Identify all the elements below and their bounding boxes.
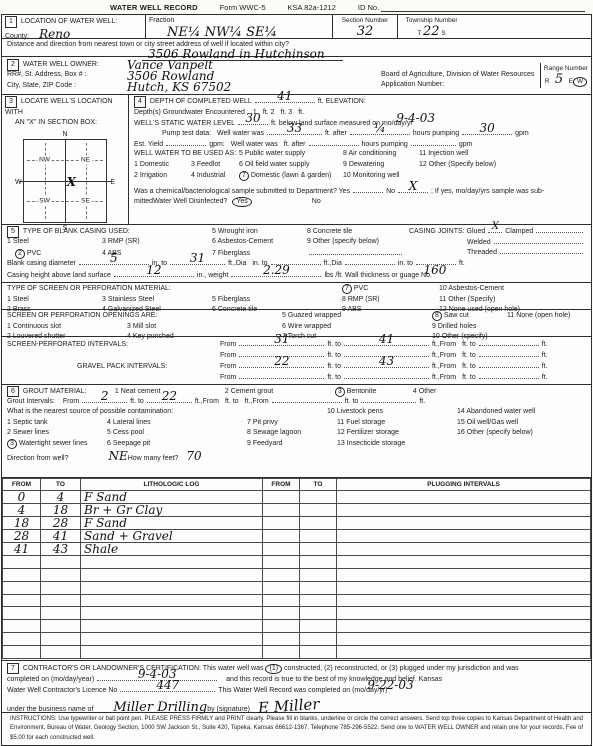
disinfected-line: mitted Water Well Disinfected? Yes No — [129, 197, 591, 208]
from-cell[interactable]: 28 — [3, 530, 41, 543]
joints-welded-field[interactable] — [494, 237, 583, 244]
screen-material-option[interactable]: 10 Asbestos-Cement — [439, 284, 586, 294]
compass-w-label: W — [15, 178, 22, 188]
opening-option[interactable]: 8 Saw cut — [432, 311, 507, 321]
grout-to-3-field[interactable] — [361, 396, 416, 403]
depth-label: DEPTH OF COMPLETED WELL — [150, 97, 252, 107]
business-label: under the business name of — [7, 705, 93, 715]
use-option[interactable]: 9 Dewatering — [343, 160, 419, 170]
ft-to-label: ft. to — [225, 397, 239, 407]
feet-field[interactable]: 70 — [186, 450, 201, 462]
disinfected-yes-option[interactable]: Yes — [232, 197, 251, 207]
signature-field[interactable]: E Miller — [257, 694, 320, 719]
section-1-badge: 1 — [5, 16, 17, 28]
plug-to-cell[interactable] — [300, 530, 337, 543]
ft-comma-label: ft., — [432, 351, 440, 361]
fraction-cell: Fraction NE¼ NW¼ SE¼ — [145, 15, 332, 38]
grout-intervals-label: Grout Intervals: — [7, 397, 55, 407]
screen-material-option[interactable]: 5 Fiberglass — [212, 295, 342, 305]
screen-material-option[interactable]: 7 PVC — [342, 284, 439, 294]
plug-to-cell[interactable] — [300, 504, 337, 517]
statute-ref: KSA 82a-1212 — [288, 3, 336, 14]
screen-to-2-field[interactable] — [479, 339, 539, 346]
sample-question: Was a chemical/bacteriological sample su… — [134, 187, 350, 197]
owner-title: WATER WELL OWNER: — [23, 61, 99, 68]
ft-to-label: ft. to — [345, 397, 359, 407]
disinfected-no-option[interactable]: No — [312, 197, 321, 207]
ft-comma-label: ft., — [245, 397, 253, 407]
id-label: ID No. — [358, 3, 379, 14]
plug-interval-cell[interactable] — [337, 530, 591, 543]
joints-welded-label: Welded — [467, 238, 491, 248]
depth-line: 4 DEPTH OF COMPLETED WELL 41 ft. ELEVATI… — [129, 96, 591, 107]
from-label: From — [220, 373, 236, 383]
casing-row-3: 2 PVC 4 ABS 7 Fiberglass — [2, 248, 409, 259]
screen-to-4-field[interactable] — [479, 350, 539, 357]
constructed-circled-option[interactable]: (1) — [265, 664, 282, 674]
range-label: Range Number — [544, 65, 588, 72]
openings-row-2: 1 Continuous slot3 Mill slot6 Wire wrapp… — [2, 322, 591, 333]
casing-height-line: Casing height above land surface 12 in.,… — [2, 270, 591, 282]
section-screen-openings: SCREEN OR PERFORATION OPENINGS ARE: 5 Gu… — [2, 310, 591, 337]
to-cell[interactable]: 41 — [41, 530, 81, 543]
grout-option[interactable]: 3 Bentonite — [335, 387, 413, 397]
gravel-to-3-field[interactable] — [344, 372, 429, 379]
screen-material-option[interactable]: 8 RMP (SR) — [342, 295, 439, 305]
certification-line-4: under the business name of Miller Drilli… — [2, 696, 591, 710]
licence-number-field[interactable]: 447 — [120, 685, 215, 692]
grout-intervals-line: Grout Intervals: From 2 ft. to 22 ft., F… — [2, 396, 591, 407]
county-cell: 1LOCATION OF WATER WELL: County: Reno — [2, 15, 145, 38]
grout-from-3-field[interactable] — [272, 396, 342, 403]
section-number-field[interactable]: 32 — [357, 24, 374, 39]
est-yield-field[interactable] — [166, 139, 206, 146]
ft-to-label: ft. to — [327, 340, 341, 350]
sample-no-label: No — [386, 187, 395, 197]
form-title: WATER WELL RECORD — [110, 3, 198, 14]
sample-yes-field[interactable] — [353, 186, 383, 193]
casing-height-field[interactable]: 12 — [114, 270, 194, 277]
township-cell: Township Number T 22 S — [397, 15, 465, 38]
empty-row[interactable] — [3, 607, 591, 620]
contamination-option[interactable]: 12 Fertilizer storage — [337, 428, 457, 438]
ft-to-label: ft. to — [462, 362, 476, 372]
pump-depth-field[interactable]: 33 — [267, 128, 322, 135]
pump-gpm-field[interactable]: 30 — [462, 128, 512, 135]
distance-row: Distance and direction from nearest town… — [2, 39, 591, 56]
direction-line: Direction from well? NE How many feet? 7… — [2, 450, 591, 461]
from-label: From — [252, 397, 268, 407]
quadrant-se-label: SE — [79, 197, 92, 206]
lithology-cell[interactable]: F Sand — [81, 491, 263, 504]
casing-option[interactable]: 5 Wrought iron — [212, 227, 307, 237]
contamination-row-3: 3 Watertight sewer lines6 Seepage pit9 F… — [2, 439, 591, 450]
casing-option[interactable]: 2 PVC — [7, 249, 102, 259]
ft-to-label: ft. to — [327, 373, 341, 383]
form-number: Form WWC-5 — [220, 3, 266, 14]
screen-material-title: TYPE OF SCREEN OR PERFORATION MATERIAL: — [7, 284, 342, 294]
empty-row[interactable] — [3, 632, 591, 645]
est-yield-label: Est. Yield — [134, 140, 163, 150]
empty-row[interactable] — [3, 620, 591, 633]
groundwater-line: Depth(s) Groundwater Encountered 1 ft. 2… — [129, 107, 591, 118]
col-from-2: FROM — [263, 479, 300, 491]
township-s: S — [441, 30, 445, 37]
from-label: From — [220, 362, 236, 372]
from-label: From — [440, 373, 456, 383]
casing-height-label: Casing height above land surface — [7, 271, 111, 281]
gravel-from-field[interactable]: 22 — [239, 361, 324, 368]
to-cell[interactable]: 28 — [41, 517, 81, 530]
gravel-interval-line-1: GRAVEL PACK INTERVALS: From 22 ft. to 43… — [2, 361, 591, 372]
gravel-to-2-field[interactable] — [479, 361, 539, 368]
est-gpm-unit: gpm — [459, 140, 473, 150]
from-label: From — [203, 397, 219, 407]
section-7-badge: 7 — [7, 663, 19, 675]
fraction-label: Fraction — [149, 17, 174, 24]
well-uses-row-1: WELL WATER TO BE USED AS: 5 Public water… — [129, 149, 591, 160]
feet-label: How many feet? — [128, 454, 179, 464]
empty-row[interactable] — [3, 556, 591, 569]
form-header: WATER WELL RECORD Form WWC-5 KSA 82a-121… — [0, 0, 593, 13]
range-cell: Range Number R 5 EW — [540, 63, 591, 88]
gravel-from-3-field[interactable] — [239, 372, 324, 379]
contamination-row-1: 1 Septic tank4 Lateral lines7 Pit privy1… — [2, 418, 591, 429]
casing-option[interactable]: 6 Asbestos-Cement — [212, 237, 307, 247]
gravel-to-field[interactable]: 43 — [344, 361, 429, 368]
range-r: R — [545, 78, 550, 85]
depth-field[interactable]: 41 — [255, 96, 315, 103]
grout-material-line: 6 GROUT MATERIAL: 1 Neat cement 2 Cement… — [2, 386, 591, 397]
casing-depth-field[interactable]: 31 — [170, 258, 225, 265]
static-level-line: WELL'S STATIC WATER LEVEL 30 ft. below l… — [129, 118, 591, 129]
use-option[interactable]: 4 Industrial — [191, 171, 239, 181]
contamination-option[interactable]: 16 Other (specify below) — [457, 428, 586, 438]
ft-to-label: ft. to — [327, 351, 341, 361]
compass-s-label: S — [63, 224, 68, 234]
instructions-text: INSTRUCTIONS: Use typewriter or ball poi… — [2, 712, 591, 745]
contamination-option[interactable]: 11 Fuel storage — [337, 418, 457, 428]
est-gpm-field[interactable] — [411, 139, 456, 146]
diam-dia-3: Dia — [331, 259, 342, 269]
business-name-field[interactable]: Miller Drilling — [113, 701, 207, 714]
contamination-option[interactable]: 15 Oil well/Gas well — [457, 418, 586, 428]
use-option[interactable]: 3 Feedlot — [191, 160, 239, 170]
completed-label: completed on (mo/day/year) — [7, 675, 94, 685]
screen-material-option[interactable]: 11 Other (Specify) — [439, 295, 586, 305]
opening-option[interactable]: 1 Continuous slot — [7, 322, 127, 332]
from-label: From — [440, 362, 456, 372]
gw-ft: ft. — [298, 108, 304, 118]
use-option[interactable]: 1 Domestic — [134, 160, 191, 170]
lithology-cell[interactable]: Br + Gr Clay — [81, 504, 263, 517]
static-level-label: WELL'S STATIC WATER LEVEL — [134, 119, 235, 129]
direction-label: Direction from well? — [7, 454, 68, 464]
diam-in-to-3: in. to — [398, 259, 413, 269]
opening-option[interactable]: 5 Guazed wrapped — [282, 311, 432, 321]
well-uses-row-3: 2 Irrigation4 Industrial7 Domestic (lawn… — [129, 171, 591, 182]
joints-threaded-field[interactable] — [500, 247, 583, 254]
contamination-option[interactable]: 9 Feedyard — [247, 439, 337, 449]
contamination-row-2: 2 Sewer lines5 Cess pool8 Sewage lagoon1… — [2, 428, 591, 439]
from-label: From — [440, 340, 456, 350]
ft-comma-label: ft., — [432, 340, 440, 350]
casing-diameter-field[interactable]: 5 — [79, 258, 149, 265]
sample-question-line: Was a chemical/bacteriological sample su… — [129, 186, 591, 197]
casing-row-2: 1 Steel3 RMP (SR)6 Asbestos-Cement9 Othe… — [2, 237, 409, 248]
contamination-option[interactable]: 5 Cess pool — [107, 428, 247, 438]
col-from: FROM — [3, 479, 41, 491]
owner-city-label: City, State, ZIP Code : — [7, 81, 127, 92]
openings-title: SCREEN OR PERFORATION OPENINGS ARE: — [7, 311, 282, 321]
location-title: LOCATION OF WATER WELL: — [21, 18, 117, 25]
empty-row[interactable] — [3, 568, 591, 581]
from-label: From — [63, 397, 79, 407]
fraction-field[interactable]: NE¼ NW¼ SE¼ — [167, 25, 277, 40]
empty-row[interactable] — [3, 594, 591, 607]
col-to-2: TO — [300, 479, 337, 491]
grout-option[interactable]: 4 Other — [413, 387, 436, 397]
well-uses-row-2: 1 Domestic3 Feedlot6 Oil field water sup… — [129, 160, 591, 171]
from-cell[interactable]: 0 — [3, 491, 41, 504]
joints-clamped-field[interactable] — [536, 226, 583, 233]
openings-row-1: SCREEN OR PERFORATION OPENINGS ARE: 5 Gu… — [2, 311, 591, 322]
plug-from-cell[interactable] — [263, 530, 300, 543]
use-option[interactable]: 7 Domestic (lawn & garden) — [239, 171, 343, 181]
contamination-option[interactable]: 4 Lateral lines — [107, 418, 247, 428]
use-option[interactable]: 8 Air conditioning — [343, 149, 419, 159]
screen-material-option[interactable]: 1 Steel — [7, 295, 102, 305]
ft-label: ft. — [542, 351, 548, 361]
section-number-label: Section Number — [342, 17, 389, 24]
contamination-option[interactable]: 14 Abandoned water well — [457, 407, 586, 417]
plug-interval-cell[interactable] — [337, 491, 591, 504]
plug-from-cell[interactable] — [263, 543, 300, 556]
gravel-to-4-field[interactable] — [479, 372, 539, 379]
plug-to-cell[interactable] — [300, 543, 337, 556]
ft-label: ft. — [542, 340, 548, 350]
section-casing: 5TYPE OF BLANK CASING USED: 5 Wrought ir… — [2, 225, 591, 283]
pump-test-label: Pump test data: — [162, 129, 211, 139]
lithology-cell[interactable]: Shale — [81, 543, 263, 556]
diam-ft-end: ft. — [459, 259, 465, 269]
use-option[interactable]: 5 Public water supply — [239, 149, 343, 159]
plug-from-cell[interactable] — [263, 491, 300, 504]
casing-option[interactable]: 8 Concrete tile — [307, 227, 404, 237]
pump-after-label: ft. after — [325, 129, 347, 139]
locate-title-2: AN "X" IN SECTION BOX: — [5, 118, 125, 128]
est-hours-label: hours pumping — [362, 140, 408, 150]
disinfected-question: Water Well Disinfected? — [153, 197, 227, 207]
section-6-badge: 6 — [7, 386, 19, 398]
opening-option[interactable]: 3 Mill slot — [127, 322, 282, 332]
use-option[interactable]: 11 Injection well — [419, 149, 586, 159]
est-hours-field[interactable] — [309, 139, 359, 146]
to-cell[interactable]: 18 — [41, 504, 81, 517]
static-level-field[interactable]: 30 — [238, 118, 268, 125]
from-cell[interactable]: 4 — [3, 504, 41, 517]
ft-comma-label: ft., — [432, 362, 440, 372]
from-label: From — [440, 351, 456, 361]
pump-hours-field[interactable]: ¼ — [350, 128, 410, 135]
from-label: From — [220, 340, 236, 350]
contamination-option[interactable]: 1 Septic tank — [7, 418, 107, 428]
section-number-cell: Section Number 32 — [332, 15, 397, 38]
location-row: 1LOCATION OF WATER WELL: County: Reno Fr… — [2, 15, 591, 39]
section-intervals: SCREEN-PERFORATED INTERVALS: From 31 ft.… — [2, 337, 591, 384]
contamination-option[interactable]: 13 Insecticide storage — [337, 439, 457, 449]
use-option[interactable]: 6 Oil field water supply — [239, 160, 343, 170]
ft-comma-label: ft., — [432, 373, 440, 383]
section-4-badge: 4 — [134, 96, 146, 108]
ft-to-label: ft. to — [130, 397, 144, 407]
contamination-option[interactable]: 2 Sewer lines — [7, 428, 107, 438]
plug-from-cell[interactable] — [263, 504, 300, 517]
licence-label: Water Well Contractor's Licence No — [7, 686, 117, 696]
joints-glued-label: CASING JOINTS: Glued — [409, 227, 485, 237]
section-owner: 2WATER WELL OWNER: RR#, St. Address, Box… — [2, 57, 591, 95]
sample-no-field[interactable]: X — [398, 186, 428, 193]
gravel-interval-line-2: From ft. to ft., From ft. to ft. — [2, 372, 591, 383]
quadrant-sw-label: SW — [37, 197, 51, 206]
opening-option[interactable]: 6 Wire wrapped — [282, 322, 432, 332]
casing-diameter-line: Blank casing diameter 5 in. to 31 ft., D… — [2, 258, 591, 270]
grout-option[interactable]: 2 Cement grout — [225, 387, 335, 397]
pump-test-line: Pump test data: Well water was 33 ft. af… — [129, 128, 591, 139]
contamination-option[interactable]: 10 Livestock pens — [327, 407, 457, 417]
section-3-badge: 3 — [5, 96, 17, 108]
col-lithologic-log: LITHOLOGIC LOG — [81, 479, 263, 491]
casing-option[interactable]: 3 RMP (SR) — [102, 237, 212, 247]
plug-from-cell[interactable] — [263, 517, 300, 530]
est-gpm-label: gpm: — [209, 140, 225, 150]
center-line-horizontal — [19, 181, 111, 182]
contamination-option[interactable]: 7 Pit privy — [247, 418, 337, 428]
sample-mitted: mitted — [134, 197, 153, 207]
contamination-question: What is the nearest source of possible c… — [7, 407, 327, 417]
section-square[interactable]: NW NE SW SE X — [23, 139, 107, 223]
diam-dia-2: Dia — [236, 259, 247, 269]
screen-to-field[interactable]: 41 — [344, 339, 429, 346]
casing-option[interactable]: 1 Steel — [7, 237, 102, 247]
screen-material-row-2: 1 Steel3 Stainless Steel5 Fiberglass8 RM… — [2, 295, 591, 306]
screen-intervals-label: SCREEN-PERFORATED INTERVALS: — [7, 340, 220, 350]
by-signature-label: by (signature) — [207, 705, 250, 715]
groundwater-label: Depth(s) Groundwater Encountered — [134, 108, 245, 118]
owner-addr-label: RR#, St. Address, Box # : — [7, 70, 127, 81]
gw-2: ft. 2 — [263, 108, 275, 118]
cert-post: constructed, (2) reconstructed, or (3) p… — [284, 664, 519, 674]
est-ww-label: Well water was — [231, 140, 278, 150]
casing-diameter-3-field[interactable] — [345, 258, 395, 265]
est-yield-line: Est. Yield gpm: Well water was ft. after… — [129, 139, 591, 150]
pump-hours-label: hours pumping — [413, 129, 459, 139]
lithology-row: 28 41 Sand + Gravel — [3, 530, 591, 543]
empty-row[interactable] — [3, 645, 591, 658]
section-box-diagram[interactable]: N S W E NW NE SW SE X — [15, 130, 115, 234]
form-body: 1LOCATION OF WATER WELL: County: Reno Fr… — [1, 14, 592, 746]
empty-row[interactable] — [3, 581, 591, 594]
plug-to-cell[interactable] — [300, 517, 337, 530]
plug-interval-cell[interactable] — [337, 517, 591, 530]
quadrant-nw-label: NW — [37, 156, 52, 165]
plug-to-cell[interactable] — [300, 491, 337, 504]
screen-material-option[interactable]: 3 Stainless Steel — [102, 295, 212, 305]
gravel-intervals-label: GRAVEL PACK INTERVALS: — [7, 362, 220, 372]
screen-interval-line-2: From ft. to ft., From ft. to ft. — [2, 350, 591, 361]
quadrant-ne-label: NE — [79, 156, 92, 165]
contamination-option[interactable]: 6 Seepage pit — [107, 439, 247, 449]
id-field[interactable] — [381, 4, 585, 12]
township-t: T — [417, 30, 421, 37]
water-well-record-form: WATER WELL RECORD Form WWC-5 KSA 82a-121… — [0, 0, 593, 746]
grout-to-field[interactable]: 22 — [147, 396, 192, 403]
col-to: TO — [41, 479, 81, 491]
from-cell[interactable]: 41 — [3, 543, 41, 556]
diam-ft-dia-2: ft., — [324, 259, 332, 269]
section-location: 1LOCATION OF WATER WELL: County: Reno Fr… — [2, 15, 591, 57]
use-option[interactable]: 10 Monitoring well — [343, 171, 586, 181]
use-option[interactable]: 2 Irrigation — [134, 171, 191, 181]
diam-ft-dia: ft., — [228, 259, 236, 269]
well-address-field[interactable]: 3506 Rowland in Hutchinson — [142, 48, 343, 61]
casing-weight-field[interactable]: 2.29 — [231, 270, 321, 277]
compass-e-label: E — [110, 178, 115, 188]
to-cell[interactable]: 4 — [41, 491, 81, 504]
joints-glued-field[interactable]: X — [488, 226, 502, 233]
plug-interval-cell[interactable] — [337, 543, 591, 556]
range-w-circled[interactable]: W — [573, 77, 587, 86]
owner-city-field[interactable]: Hutch, KS 67502 — [127, 80, 231, 94]
use-option[interactable]: 12 Other (Specify below) — [419, 160, 586, 170]
elevation-label: ft. ELEVATION: — [318, 97, 366, 107]
plug-interval-cell[interactable] — [337, 504, 591, 517]
joints-clamped-label: Clamped — [505, 227, 533, 237]
contamination-option[interactable]: 3 Watertight sewer lines — [7, 439, 107, 449]
range-field[interactable]: 5 — [555, 72, 563, 87]
well-location-x-mark: X — [67, 176, 76, 188]
section-location-depth: 3LOCATE WELL'S LOCATION WITH AN "X" IN S… — [2, 95, 591, 225]
from-cell[interactable]: 18 — [3, 517, 41, 530]
screen-from-field[interactable]: 31 — [239, 339, 324, 346]
to-cell[interactable]: 43 — [41, 543, 81, 556]
ft-label: ft. — [542, 362, 548, 372]
township-field[interactable]: 22 — [423, 24, 440, 39]
ft-to-label: ft. to — [462, 351, 476, 361]
contamination-row-0: What is the nearest source of possible c… — [2, 407, 591, 418]
opening-option[interactable]: 11 None (open hole) — [507, 311, 586, 321]
ft-to-label: ft. to — [462, 340, 476, 350]
lithology-cell[interactable]: F Sand — [81, 517, 263, 530]
lithology-cell[interactable]: Sand + Gravel — [81, 530, 263, 543]
wall-label: lbs /ft. Wall thickness or guage No. — [324, 271, 432, 281]
section-certification: 7 CONTRACTOR'S OR LANDOWNER'S CERTIFICAT… — [2, 661, 591, 745]
township-label: Township Number — [405, 17, 457, 24]
section-locate-box: 3LOCATE WELL'S LOCATION WITH AN "X" IN S… — [2, 95, 129, 224]
gw-3: ft. 3 — [281, 108, 293, 118]
ft-comma-label: ft., — [195, 397, 203, 407]
casing-other-field[interactable] — [309, 248, 402, 255]
casing-option[interactable]: 9 Other (specify below) — [307, 237, 404, 247]
direction-field[interactable]: NE — [108, 450, 127, 462]
screen-material-row-1: TYPE OF SCREEN OR PERFORATION MATERIAL: … — [2, 284, 591, 295]
opening-option[interactable]: 9 Drilled holes — [432, 322, 586, 332]
casing-option[interactable]: 7 Fiberglass — [212, 249, 307, 259]
grout-from-field[interactable]: 2 — [82, 396, 127, 403]
pump-ww-label: Well water was — [217, 129, 264, 139]
contamination-option[interactable]: 8 Sewage lagoon — [247, 428, 337, 438]
joints-threaded-label: Threaded — [467, 248, 497, 258]
